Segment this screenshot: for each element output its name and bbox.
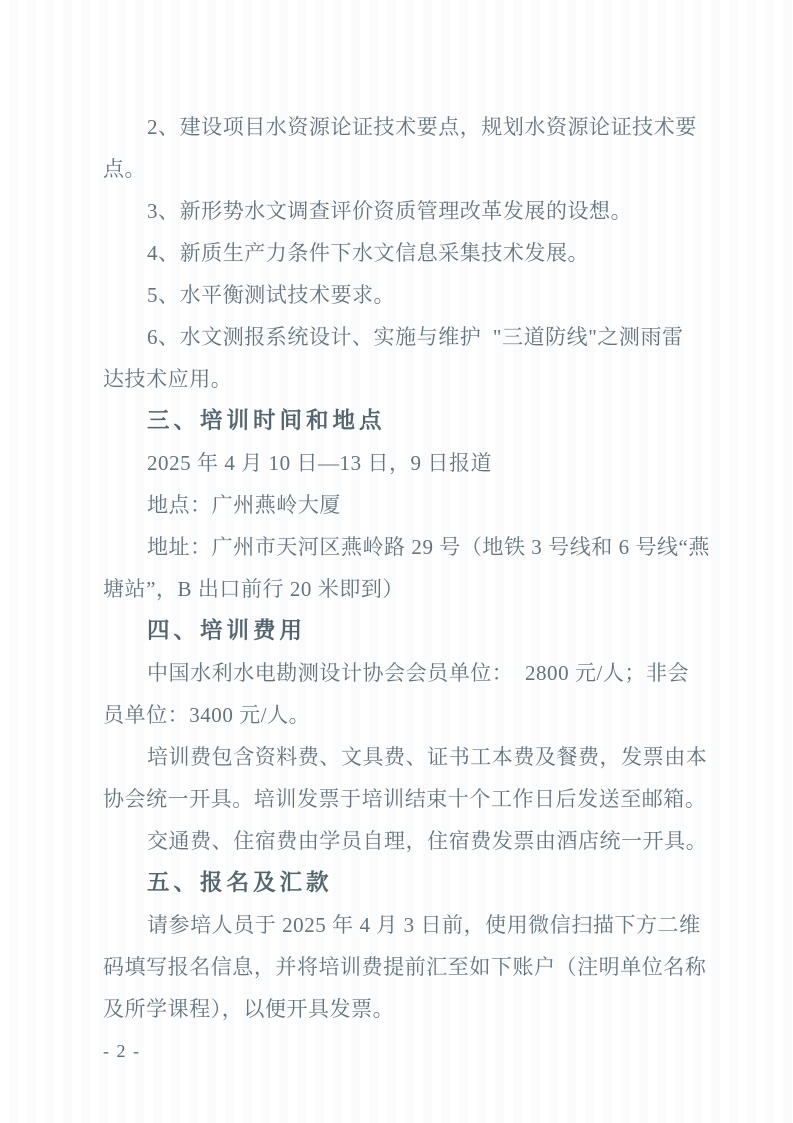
address-line-2: 塘站”，B 出口前行 20 米即到） (103, 568, 717, 610)
document-body: 2、建设项目水资源论证技术要点，规划水资源论证技术要 点。 3、新形势水文调查评… (103, 106, 717, 1072)
item-4: 4、新质生产力条件下水文信息采集技术发展。 (103, 232, 717, 274)
venue: 地点：广州燕岭大厦 (103, 484, 717, 526)
registration-line-2: 码填写报名信息，并将培训费提前汇至如下账户（注明单位名称 (103, 946, 717, 988)
item-2-line-1: 2、建设项目水资源论证技术要点，规划水资源论证技术要 (103, 106, 717, 148)
heading-section-4-fees: 四、培训费用 (103, 610, 717, 652)
fee-includes-line-1: 培训费包含资料费、文具费、证书工本费及餐费，发票由本 (103, 736, 717, 778)
registration-line-1: 请参培人员于 2025 年 4 月 3 日前，使用微信扫描下方二维 (103, 904, 717, 946)
fee-member-line-2: 员单位：3400 元/人。 (103, 694, 717, 736)
document-page: 2、建设项目水资源论证技术要点，规划水资源论证技术要 点。 3、新形势水文调查评… (0, 0, 793, 1123)
fee-includes-line-2: 协会统一开具。培训发票于培训结束十个工作日后发送至邮箱。 (103, 778, 717, 820)
heading-section-3-time-place: 三、培训时间和地点 (103, 400, 717, 442)
item-5: 5、水平衡测试技术要求。 (103, 274, 717, 316)
address-line-1: 地址：广州市天河区燕岭路 29 号（地铁 3 号线和 6 号线“燕 (103, 526, 717, 568)
item-6-line-1: 6、水文测报系统设计、实施与维护 "三道防线"之测雨雷 (103, 316, 717, 358)
fee-member-line-1: 中国水利水电勘测设计协会会员单位： 2800 元/人；非会 (103, 652, 717, 694)
page-number: - 2 - (103, 1030, 717, 1072)
registration-line-3: 及所学课程），以便开具发票。 (103, 988, 717, 1030)
training-date: 2025 年 4 月 10 日—13 日，9 日报道 (103, 442, 717, 484)
heading-section-5-registration: 五、报名及汇款 (103, 862, 717, 904)
item-6-line-2: 达技术应用。 (103, 358, 717, 400)
item-2-line-2: 点。 (103, 148, 717, 190)
item-3: 3、新形势水文调查评价资质管理改革发展的设想。 (103, 190, 717, 232)
travel-lodging-note: 交通费、住宿费由学员自理，住宿费发票由酒店统一开具。 (103, 820, 717, 862)
